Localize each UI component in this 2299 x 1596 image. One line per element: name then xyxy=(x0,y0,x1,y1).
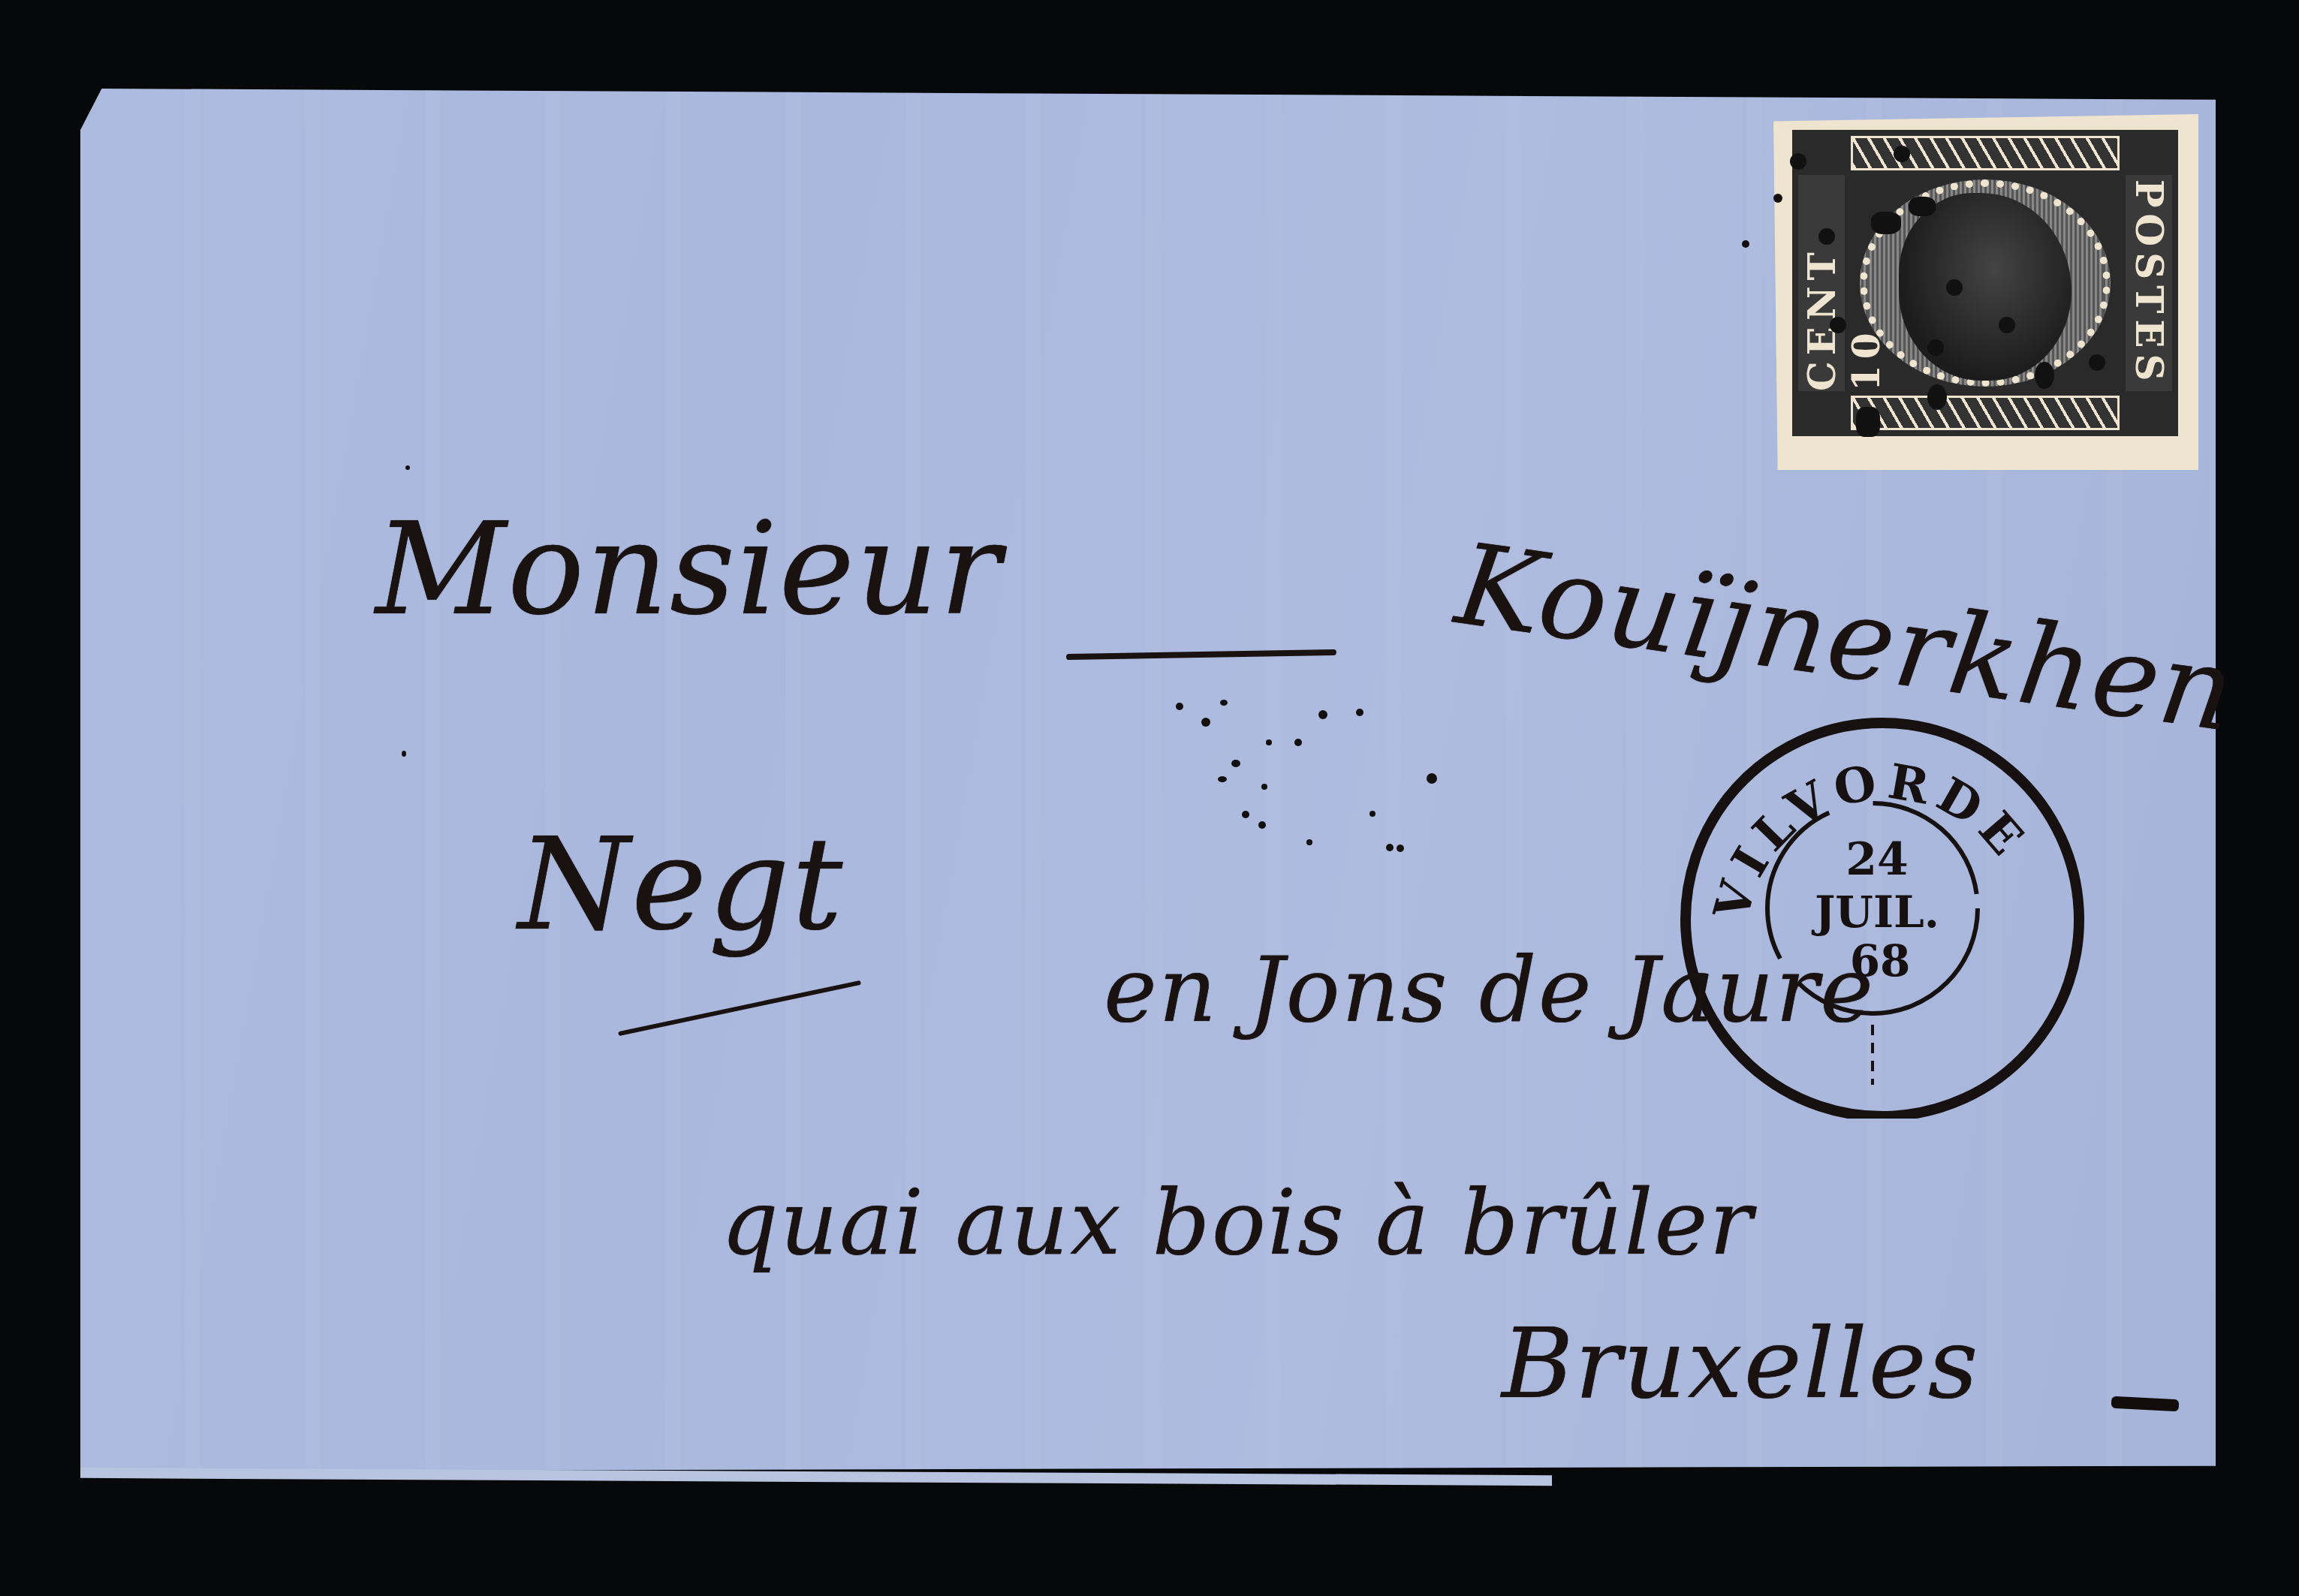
paper-fold-edge xyxy=(80,1468,1552,1486)
vilvorde-postmark: VILVORDE 24 JUIL. 68 xyxy=(1676,706,2089,1119)
address-city: Bruxelles xyxy=(1502,1306,1979,1420)
address-street: quai aux bois à brûler xyxy=(721,1171,1754,1275)
address-line-2b: en Jons de Jaure xyxy=(1104,938,1875,1043)
postmark-month: JUIL. xyxy=(1811,887,1939,938)
numeral-cancellation xyxy=(1773,114,2198,470)
postmark-day: 24 xyxy=(1846,833,1909,886)
postage-stamp: 10 CENT 10 POSTES xyxy=(1773,114,2198,470)
address-line-2a: Negt xyxy=(518,811,845,959)
address-salutation: Monsieur xyxy=(375,495,1002,644)
